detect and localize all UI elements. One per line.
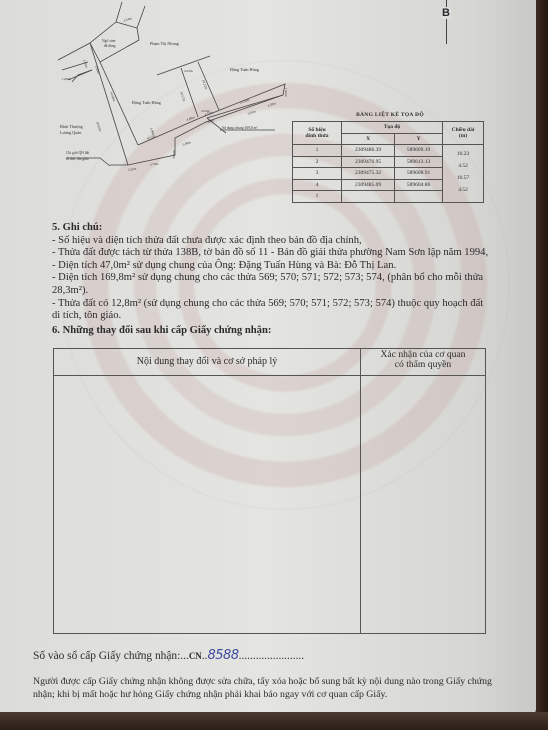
parcel-sketch: Phạm Thị Nhung Đặng Tuấn Hùng Đặng Tuấn … xyxy=(0,0,300,210)
header-length-2: (m) xyxy=(459,133,467,139)
dimension-label: 4.54m xyxy=(123,16,133,23)
col-confirm-header-2: có thẩm quyền xyxy=(395,359,451,370)
dimension-label: 3.22m xyxy=(127,166,136,171)
label-alley-2: đã dùng xyxy=(104,44,116,48)
notes-section: 5. Ghi chú: - Số hiệu và diện tích thửa … xyxy=(52,222,492,337)
dimension-label: 10.57m xyxy=(179,91,186,102)
dimension-label: 5.00m xyxy=(182,140,192,147)
dimension-label: 1.00m xyxy=(284,88,288,97)
coord-cell-x: 2309475.32 xyxy=(342,168,395,180)
notes-heading: 5. Ghi chú: xyxy=(52,222,492,235)
dimension-label: 10.23m xyxy=(201,79,208,90)
col-content-header: Nội dung thay đổi và cơ sở pháp lý xyxy=(54,356,360,367)
coord-cell-x: 2309486.39 xyxy=(342,145,395,157)
registration-prefix: CN xyxy=(189,651,202,661)
dimension-label: 3.74m xyxy=(149,161,158,166)
coord-cell-y xyxy=(395,191,443,203)
note-item: - Thửa đất có 12,8m² (sử dụng chung cho … xyxy=(52,298,492,323)
header-x: X xyxy=(342,133,395,145)
label-neighbor-left-1: Đình Thượng xyxy=(60,124,84,129)
coord-cell-y: 589608.91 xyxy=(395,168,443,180)
certificate-page: B Phạm Thị Nhung xyxy=(0,0,536,715)
registration-dots: ....................... xyxy=(239,650,305,662)
north-arrow-label: B xyxy=(441,7,451,19)
col-confirm-header: Xác nhận của cơ quan có thẩm quyền xyxy=(361,350,485,370)
coord-cell-point: 1 xyxy=(293,145,342,157)
label-alley-1: Ngõ xóm xyxy=(102,39,116,43)
note-item: - Số hiệu và diện tích thửa đất chưa đượ… xyxy=(52,235,492,248)
coord-cell-x xyxy=(342,191,395,203)
desk-surface-right xyxy=(536,0,548,730)
label-boundary-note-2: di tích, tôn giáo xyxy=(66,157,89,162)
coord-cell-y: 589604.86 xyxy=(395,179,443,191)
warning-text: Người được cấp Giấy chứng nhận không đượ… xyxy=(33,675,493,701)
dimension-label: 7.00m xyxy=(205,118,215,125)
coord-cell-point: 2 xyxy=(293,156,342,168)
length-value: 4.52 xyxy=(443,184,483,196)
registration-number: Số vào sổ cấp Giấy chứng nhận:...CN..858… xyxy=(33,648,304,663)
coord-row: 12309486.39589609.1910.234.5210.574.52 xyxy=(293,145,484,157)
note-item: - Diện tích 169,8m² sử dụng chung cho cá… xyxy=(52,272,492,297)
changes-heading: 6. Những thay đổi sau khi cấp Giấy chứng… xyxy=(52,325,492,338)
dimension-label: 4.52m xyxy=(184,69,193,73)
coordinate-table: Số hiệuđỉnh thửa Tọa độ Chiều dài(m) X Y… xyxy=(292,121,484,203)
note-item: - Thửa đất được tách từ thửa 138B, tờ bả… xyxy=(52,247,492,260)
dimension-label: 15.56m xyxy=(239,98,250,105)
label-boundary-note-1: Chỉ giới QH đất xyxy=(66,151,89,155)
coord-cell-point: 4 xyxy=(293,179,342,191)
label-neighbor-right: Đặng Tuấn Hùng xyxy=(230,67,260,72)
coord-cell-x: 2309476.95 xyxy=(342,156,395,168)
label-neighbor-left-2: Lương Quán xyxy=(60,130,82,135)
registration-handwritten-number: 8588 xyxy=(208,648,239,663)
coord-cell-point: 1 xyxy=(293,191,342,203)
dimension-label: 1.69m xyxy=(62,77,71,81)
dimension-label: 3.61m xyxy=(247,109,257,116)
header-point-no-2: đỉnh thửa xyxy=(305,133,328,139)
length-value: 10.57 xyxy=(443,172,483,184)
dimension-label: 4.00m xyxy=(94,65,101,75)
coord-table-title: BẢNG LIỆT KÊ TỌA ĐỘ xyxy=(300,112,480,118)
dimension-label: 14.68m xyxy=(109,91,116,102)
length-value: 4.52 xyxy=(443,160,483,172)
dimension-label: 4.00m xyxy=(172,150,176,159)
label-parcel-center: Đặng Tuấn Hùng xyxy=(132,100,162,105)
desk-surface-bottom xyxy=(0,712,548,730)
coord-cell-y: 589609.19 xyxy=(395,145,443,157)
coord-cell-y: 589613.13 xyxy=(395,156,443,168)
dimension-label: 4.20m xyxy=(267,101,277,108)
header-coords: Tọa độ xyxy=(342,122,443,134)
coord-cell-point: 3 xyxy=(293,168,342,180)
length-value: 10.23 xyxy=(443,148,483,160)
changes-table-divider xyxy=(360,349,361,633)
registration-label: Số vào sổ cấp Giấy chứng nhận:... xyxy=(33,650,189,662)
dimension-label: 10.83m xyxy=(95,121,102,132)
label-neighbor-top: Phạm Thị Nhung xyxy=(150,41,180,46)
changes-table: Nội dung thay đổi và cơ sở pháp lý Xác n… xyxy=(53,348,486,634)
coord-cell-x: 2309485.09 xyxy=(342,179,395,191)
header-y: Y xyxy=(395,133,443,145)
coord-lengths: 10.234.5210.574.52 xyxy=(443,145,484,203)
note-item: - Diện tích 47,0m² sử dụng chung của Ông… xyxy=(52,260,492,273)
